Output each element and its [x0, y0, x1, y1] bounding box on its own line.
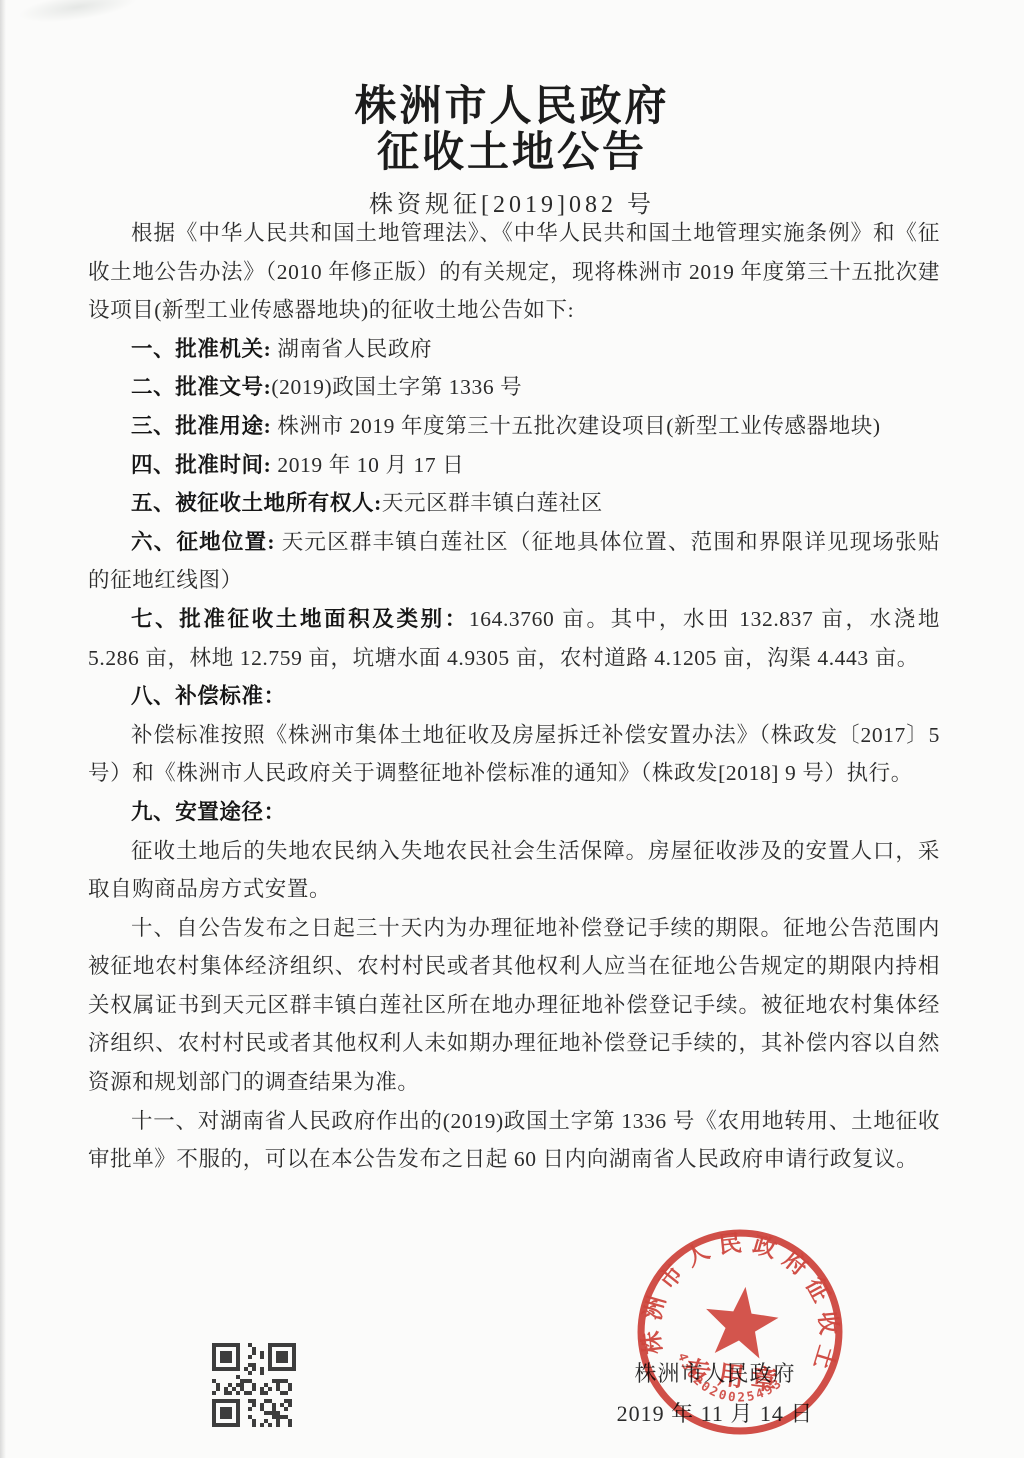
paragraph-text: 补偿标准按照《株洲市集体土地征收及房屋拆迁补偿安置办法》（株政发〔2017〕5 … — [88, 723, 940, 786]
signature-issuer: 株洲市人民政府 — [595, 1354, 835, 1394]
paragraph-label: 五、被征收土地所有权人: — [131, 491, 382, 515]
paragraph: 补偿标准按照《株洲市集体土地征收及房屋拆迁补偿安置办法》（株政发〔2017〕5 … — [88, 716, 940, 793]
qr-code-icon — [212, 1343, 296, 1427]
paragraph-label: 七、批准征收土地面积及类别： — [131, 607, 469, 631]
paragraph: 九、安置途径： — [88, 793, 940, 832]
paragraph-text: 征收土地后的失地农民纳入失地农民社会生活保障。房屋征收涉及的安置人口，采取自购商… — [88, 839, 940, 902]
paragraph-text: 十、自公告发布之日起三十天内为办理征地补偿登记手续的期限。征地公告范围内被征地农… — [88, 916, 940, 1094]
paragraph: 十一、对湖南省人民政府作出的(2019)政国土字第 1336 号《农用地转用、土… — [88, 1102, 940, 1179]
paragraph-text: 株洲市 2019 年度第三十五批次建设项目(新型工业传感器地块) — [271, 414, 880, 438]
paragraph: 七、批准征收土地面积及类别：164.3760 亩。其中，水田 132.837 亩… — [88, 600, 940, 677]
scan-smudge — [17, 0, 139, 28]
paragraph: 三、批准用途: 株洲市 2019 年度第三十五批次建设项目(新型工业传感器地块) — [88, 407, 940, 446]
paragraph: 六、征地位置: 天元区群丰镇白莲社区（征地具体位置、范围和界限详见现场张贴的征地… — [88, 523, 940, 600]
seal-star-icon — [701, 1282, 782, 1360]
paragraph-label: 六、征地位置: — [131, 530, 275, 554]
paragraph: 五、被征收土地所有权人:天元区群丰镇白莲社区 — [88, 484, 940, 523]
document-title-line1: 株洲市人民政府 — [0, 84, 1024, 130]
paragraph: 八、补偿标准： — [88, 677, 940, 716]
signature-block: 株洲市人民政府 2019 年 11 月 14 日 — [595, 1354, 835, 1434]
paragraph: 二、批准文号:(2019)政国土字第 1336 号 — [88, 368, 940, 407]
paragraph: 四、批准时间: 2019 年 10 月 17 日 — [88, 446, 940, 485]
paragraph: 一、批准机关: 湖南省人民政府 — [88, 330, 940, 369]
paragraph: 十、自公告发布之日起三十天内为办理征地补偿登记手续的期限。征地公告范围内被征地农… — [88, 909, 940, 1102]
paragraph-label: 九、安置途径： — [131, 800, 286, 824]
scanned-document-page: { "document": { "title_line1": "株洲市人民政府"… — [0, 0, 1024, 1458]
paragraph-label: 四、批准时间: — [131, 453, 271, 477]
document-title-line2: 征收土地公告 — [0, 130, 1024, 176]
paragraph-label: 八、补偿标准： — [131, 684, 286, 708]
paragraph-text: 2019 年 10 月 17 日 — [271, 453, 464, 477]
paragraph-text: 湖南省人民政府 — [271, 337, 432, 361]
paragraph-label: 三、批准用途: — [131, 414, 271, 438]
qr-code — [212, 1343, 296, 1427]
paragraph-text: 十一、对湖南省人民政府作出的(2019)政国土字第 1336 号《农用地转用、土… — [88, 1109, 940, 1172]
paragraph-label: 一、批准机关: — [131, 337, 271, 361]
paragraph: 征收土地后的失地农民纳入失地农民社会生活保障。房屋征收涉及的安置人口，采取自购商… — [88, 832, 940, 909]
qr-modules — [212, 1343, 296, 1427]
paragraph-text: (2019)政国土字第 1336 号 — [271, 375, 522, 399]
signature-date: 2019 年 11 月 14 日 — [595, 1394, 835, 1434]
paragraph-text: 根据《中华人民共和国土地管理法》、《中华人民共和国土地管理实施条例》和《征收土地… — [88, 221, 940, 322]
paragraph-label: 二、批准文号: — [131, 375, 271, 399]
paragraph: 根据《中华人民共和国土地管理法》、《中华人民共和国土地管理实施条例》和《征收土地… — [88, 214, 940, 330]
paragraph-text: 天元区群丰镇白莲社区 — [382, 491, 603, 515]
document-body: 根据《中华人民共和国土地管理法》、《中华人民共和国土地管理实施条例》和《征收土地… — [88, 214, 940, 1179]
document-header: 株洲市人民政府 征收土地公告 株资规征[2019]082 号 — [0, 84, 1024, 219]
